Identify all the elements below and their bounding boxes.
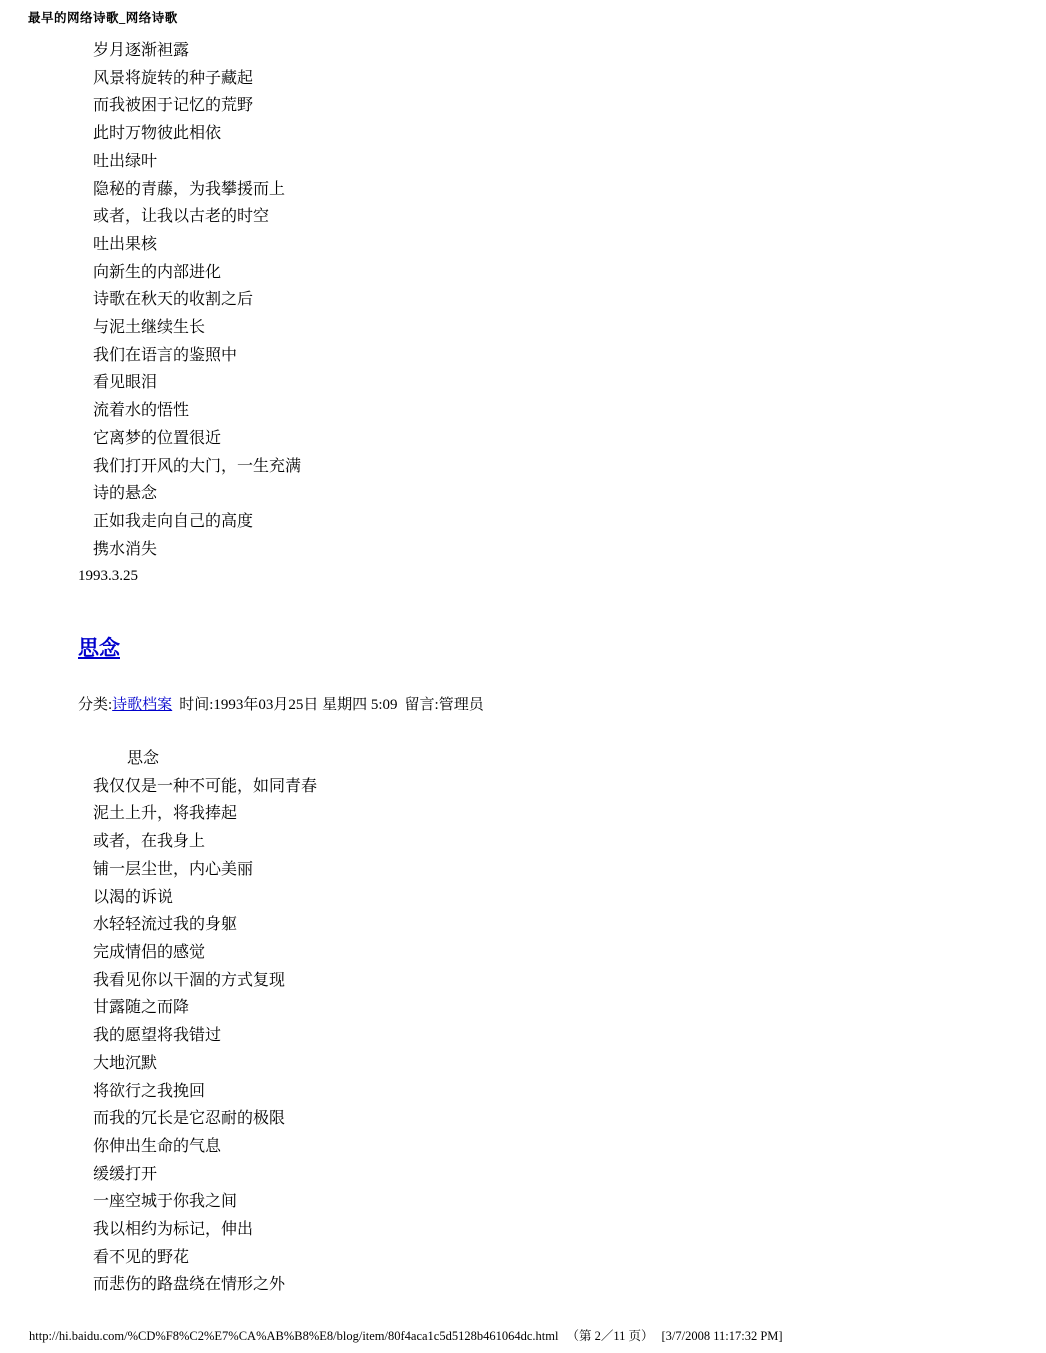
meta-time-label: 时间: xyxy=(179,697,213,713)
post-meta: 分类:诗歌档案时间:1993年03月25日 星期四 5:09留言:管理员 xyxy=(78,695,838,715)
poem-line: 风景将旋转的种子藏起 xyxy=(93,65,838,93)
category-link[interactable]: 诗歌档案 xyxy=(112,697,172,713)
poem-line: 大地沉默 xyxy=(93,1050,838,1078)
poem-line: 我看见你以干涸的方式复现 xyxy=(93,967,838,995)
poem-line: 隐秘的青藤，为我攀援而上 xyxy=(93,176,838,204)
page: { "colors": { "link_blue": "#0000cc", "t… xyxy=(0,0,1046,1353)
poem-line: 我以相约为标记，伸出 xyxy=(93,1216,838,1244)
poem-line: 缓缓打开 xyxy=(93,1161,838,1189)
poem-line: 以渴的诉说 xyxy=(93,884,838,912)
footer-timestamp: [3/7/2008 11:17:32 PM] xyxy=(662,1329,783,1343)
print-footer: http://hi.baidu.com/%CD%F8%C2%E7%CA%AB%B… xyxy=(29,1326,783,1344)
meta-comment-label: 留言: xyxy=(405,697,439,713)
poem-line: 泥土上升，将我捧起 xyxy=(93,800,838,828)
poem-line: 而悲伤的路盘绕在情形之外 xyxy=(93,1271,838,1299)
poem-line: 流着水的悟性 xyxy=(93,397,838,425)
poem-line: 吐出绿叶 xyxy=(93,148,838,176)
poem-date: 1993.3.25 xyxy=(78,563,838,591)
poem-line: 一座空城于你我之间 xyxy=(93,1188,838,1216)
content-area: 岁月逐渐袒露 风景将旋转的种子藏起 而我被困于记忆的荒野 此时万物彼此相依 吐出… xyxy=(78,37,838,1299)
footer-page-indicator: （第 2／11 页） xyxy=(566,1329,653,1343)
poem-1: 岁月逐渐袒露 风景将旋转的种子藏起 而我被困于记忆的荒野 此时万物彼此相依 吐出… xyxy=(78,37,838,591)
print-header-title: 最早的网络诗歌_网络诗歌 xyxy=(28,8,178,26)
poem-line: 看见眼泪 xyxy=(93,369,838,397)
poem-line: 我们在语言的鉴照中 xyxy=(93,342,838,370)
poem-line: 正如我走向自己的高度 xyxy=(93,508,838,536)
poem-line: 甘露随之而降 xyxy=(93,994,838,1022)
poem-line: 它离梦的位置很近 xyxy=(93,425,838,453)
poem-line: 而我的冗长是它忍耐的极限 xyxy=(93,1105,838,1133)
poem-line: 你伸出生命的气息 xyxy=(93,1133,838,1161)
poem-line: 我的愿望将我错过 xyxy=(93,1022,838,1050)
poem-line: 水轻轻流过我的身躯 xyxy=(93,911,838,939)
meta-category-label: 分类: xyxy=(78,697,112,713)
poem-line: 诗歌在秋天的收割之后 xyxy=(93,286,838,314)
poem-line: 铺一层尘世，内心美丽 xyxy=(93,856,838,884)
poem-line: 向新生的内部进化 xyxy=(93,259,838,287)
poem-line: 携水消失 xyxy=(93,536,838,564)
poem-line: 完成情侣的感觉 xyxy=(93,939,838,967)
meta-time-value: 1993年03月25日 星期四 5:09 xyxy=(213,697,397,713)
poem-line: 或者，让我以古老的时空 xyxy=(93,203,838,231)
poem-line: 诗的悬念 xyxy=(93,480,838,508)
meta-comment-value: 管理员 xyxy=(439,697,484,713)
footer-url: http://hi.baidu.com/%CD%F8%C2%E7%CA%AB%B… xyxy=(29,1329,558,1343)
poem-2: 思念 我仅仅是一种不可能，如同青春 泥土上升，将我捧起 或者，在我身上 铺一层尘… xyxy=(78,745,838,1299)
poem-line: 将欲行之我挽回 xyxy=(93,1078,838,1106)
poem-line: 看不见的野花 xyxy=(93,1244,838,1272)
poem-line: 我仅仅是一种不可能，如同青春 xyxy=(93,773,838,801)
poem-line: 而我被困于记忆的荒野 xyxy=(93,92,838,120)
poem-line: 岁月逐渐袒露 xyxy=(93,37,838,65)
poem-line: 此时万物彼此相依 xyxy=(93,120,838,148)
poem-line: 或者，在我身上 xyxy=(93,828,838,856)
poem-inner-title: 思念 xyxy=(127,745,838,773)
post-title-link[interactable]: 思念 xyxy=(78,636,120,660)
poem-line: 吐出果核 xyxy=(93,231,838,259)
poem-line: 与泥土继续生长 xyxy=(93,314,838,342)
post-title: 思念 xyxy=(78,634,838,662)
poem-line: 我们打开风的大门，一生充满 xyxy=(93,453,838,481)
